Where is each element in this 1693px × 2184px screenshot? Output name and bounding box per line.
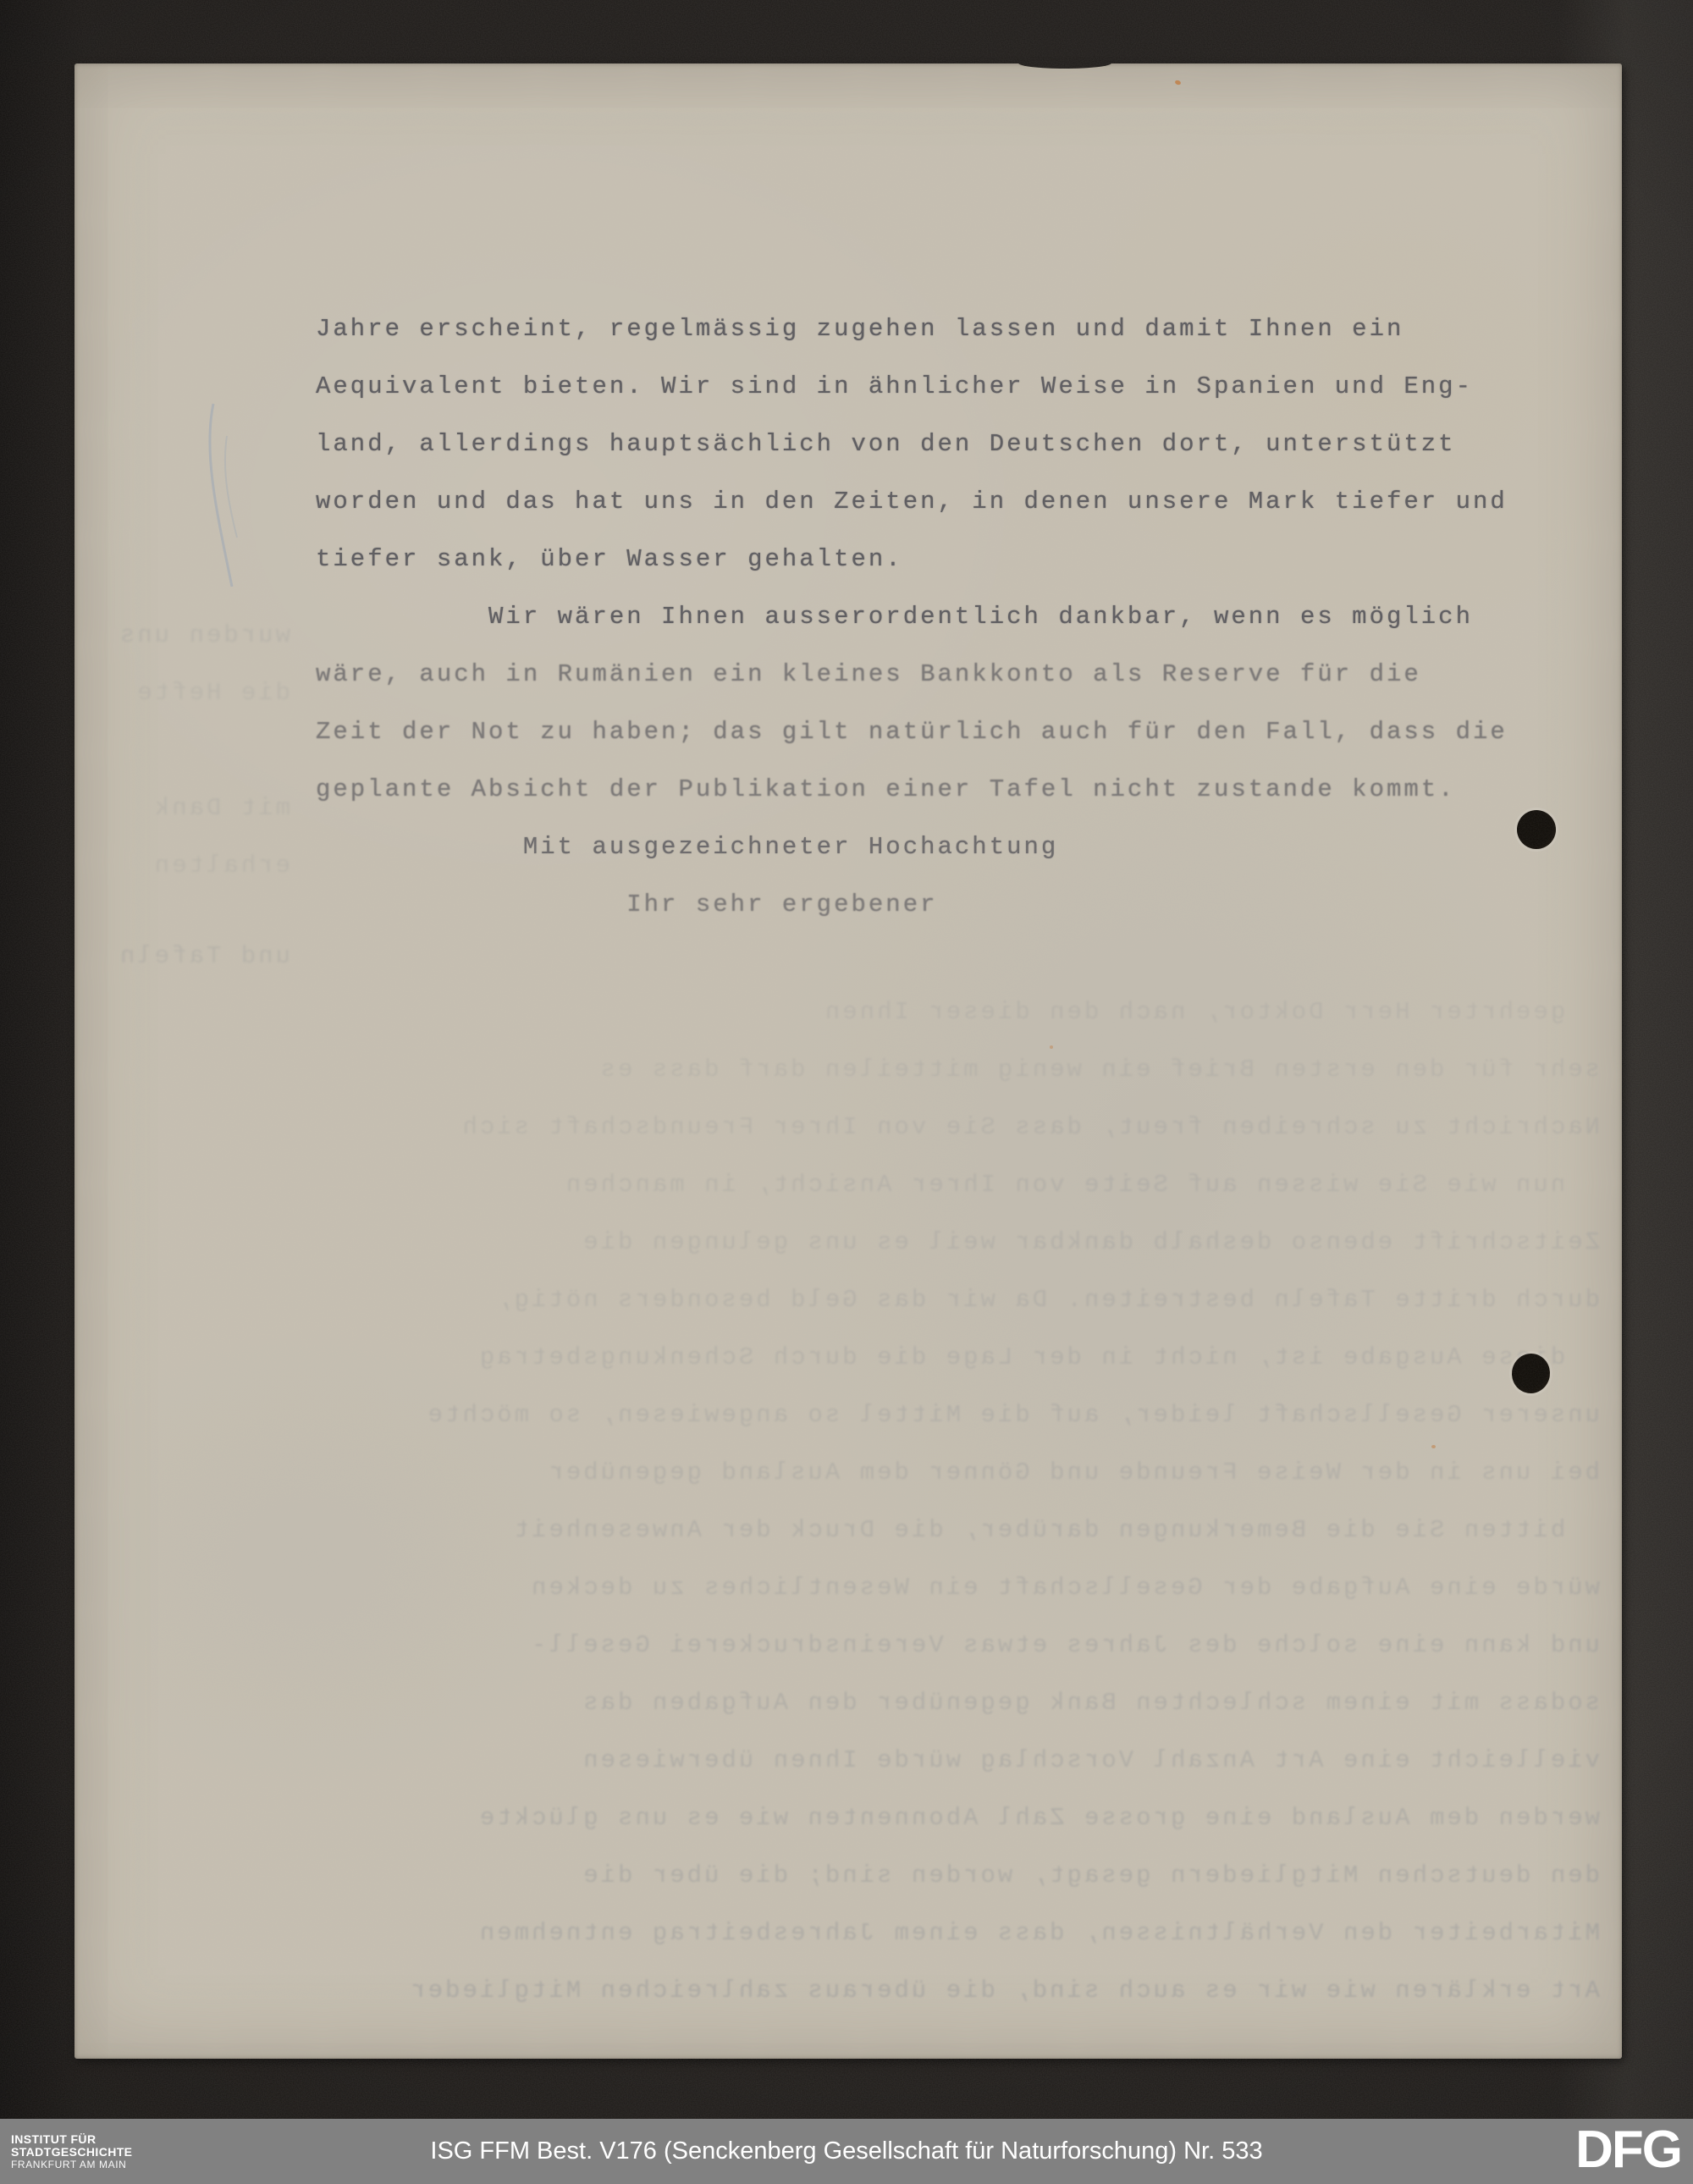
bleedthrough-line: Mitarbeiter den Verhältnissen, dass eine… <box>85 1905 1600 1962</box>
bleedthrough-line: und kann eine solche des Jahres etwas Ve… <box>85 1617 1600 1674</box>
letter-line: Zeit der Not zu haben; das gilt natürlic… <box>316 703 1508 761</box>
letter-page: wurden unsdie Heftemit Dankerhaltenund T… <box>74 63 1622 2059</box>
letter-line: Wir wären Ihnen ausserordentlich dankbar… <box>316 588 1473 646</box>
bleedthrough-line: sehr für den ersten Brief ein wenig mitt… <box>85 1041 1600 1099</box>
paper-fleck <box>1431 1445 1436 1448</box>
paper-edge-notch <box>1018 58 1111 69</box>
bleedthrough-line: werden dem Ausland eine grosse Zahl Abon… <box>85 1790 1600 1847</box>
bleedthrough-smudge: erhalten <box>79 837 290 895</box>
bleedthrough-line: diese Ausgabe ist, nicht in der Lage die… <box>85 1329 1600 1387</box>
dfg-logo: DFG <box>1575 2117 1681 2182</box>
letter-line: worden und das hat uns in den Zeiten, in… <box>316 473 1508 531</box>
archive-reference: ISG FFM Best. V176 (Senckenberg Gesellsc… <box>0 2119 1693 2184</box>
bleedthrough-smudge: mit Dank <box>79 780 290 837</box>
bleedthrough-line: den deutschen Mitgliedern gesagt, worden… <box>85 1847 1600 1905</box>
bleedthrough-line: vielleicht eine Art Anzahl Vorschlag wür… <box>85 1732 1600 1790</box>
letter-line: Ihr sehr ergebener <box>316 876 938 934</box>
bleedthrough-line: Zeitschrift ebenso deshalb dankbar weil … <box>85 1214 1600 1271</box>
letter-line: wäre, auch in Rumänien ein kleines Bankk… <box>316 646 1421 703</box>
bleedthrough-smudge: wurden uns <box>79 607 290 665</box>
bleedthrough-line: durch dritte Tafeln bestreiten. Da wir d… <box>85 1271 1600 1329</box>
bleedthrough-line: unserer Gesellschaft leider, auf die Mit… <box>85 1387 1600 1444</box>
bleedthrough-smudge: die Hefte <box>79 665 290 722</box>
bleedthrough-line: würde eine Aufgabe der Gesellschaft ein … <box>85 1559 1600 1617</box>
bleedthrough-line: nun wie Sie wissen auf Seite von Ihrer A… <box>85 1156 1600 1214</box>
letter-line: land, allerdings hauptsächlich von den D… <box>316 416 1456 473</box>
archive-footer: INSTITUT FÜR STADTGESCHICHTE FRANKFURT A… <box>0 2119 1693 2184</box>
letter-line: Jahre erscheint, regelmässig zugehen las… <box>316 301 1403 358</box>
letter-line: tiefer sank, über Wasser gehalten. <box>316 531 903 588</box>
pencil-mark <box>185 385 295 622</box>
bleedthrough-line: Art erklären wie wir es auch sind, die ü… <box>85 1962 1600 2020</box>
punch-hole-top <box>1517 810 1556 849</box>
bleedthrough-smudge: und Tafeln <box>79 928 290 985</box>
paper-fleck <box>1050 1045 1053 1049</box>
paper-fleck <box>1174 80 1181 85</box>
bleedthrough-line: geehrter Herr Doktor, nach den dieser Ih… <box>85 984 1600 1041</box>
letter-line: Aequivalent bieten. Wir sind in ähnliche… <box>316 358 1473 416</box>
bleedthrough-line: bitten Sie die Bemerkungen darüber, die … <box>85 1502 1600 1559</box>
letter-line: Mit ausgezeichneter Hochachtung <box>316 819 1058 876</box>
letter-line: geplante Absicht der Publikation einer T… <box>316 761 1456 819</box>
bleedthrough-line: sodass mit einem schlechten Bank gegenüb… <box>85 1674 1600 1732</box>
bleedthrough-line: bei uns in der Weise Freunde und Gönner … <box>85 1444 1600 1502</box>
bleedthrough-line: Nachricht zu schreiben freut, dass Sie v… <box>85 1099 1600 1156</box>
